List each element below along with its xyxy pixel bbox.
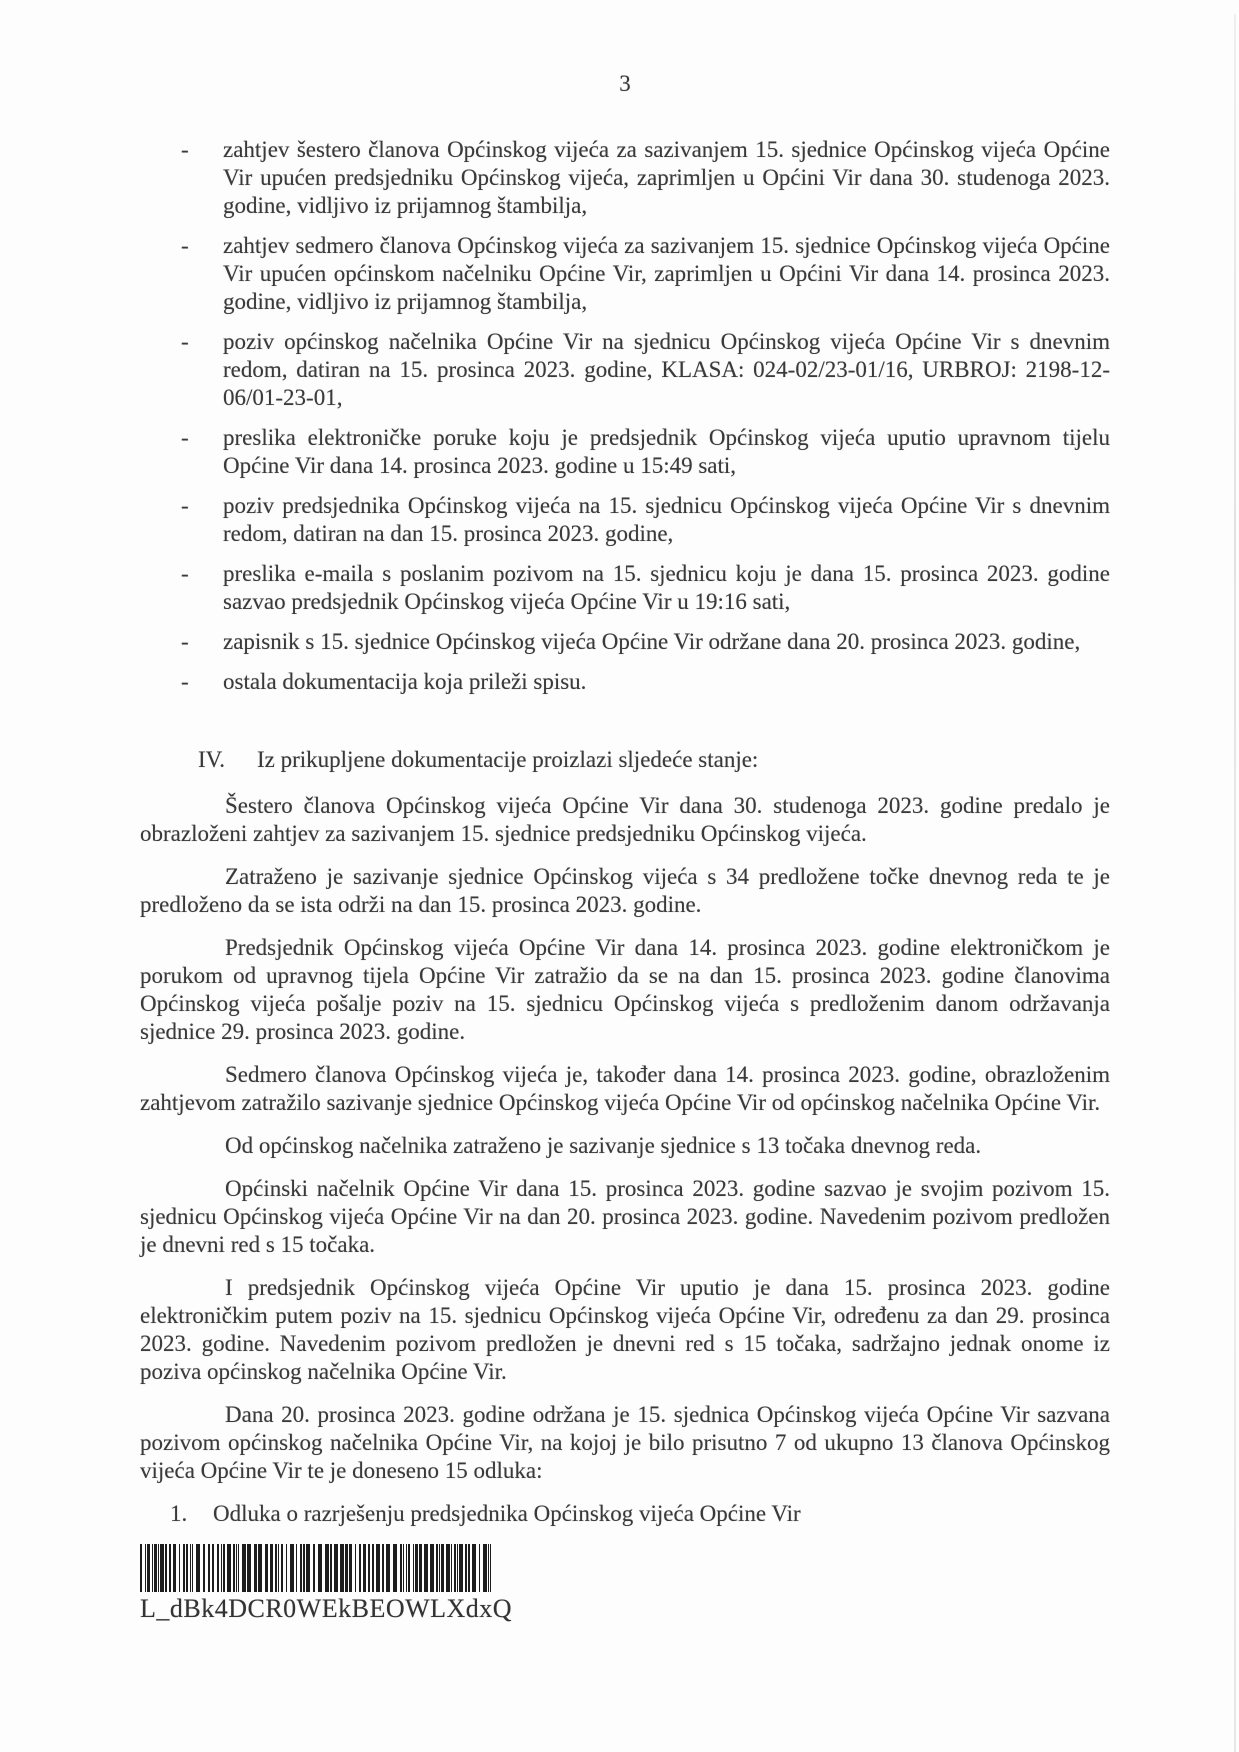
page-number: 3 <box>140 70 1110 98</box>
list-item: -poziv općinskog načelnika Općine Vir na… <box>140 328 1110 412</box>
paragraph: Zatraženo je sazivanje sjednice Općinsko… <box>140 863 1110 919</box>
bullet-dash: - <box>181 668 189 696</box>
list-item: -poziv predsjednika Općinskog vijeća na … <box>140 492 1110 548</box>
scan-artifact-line <box>1234 14 1236 1752</box>
document-page: 3 -zahtjev šestero članova Općinskog vij… <box>0 0 1239 1752</box>
list-item: -ostala dokumentacija koja prileži spisu… <box>140 668 1110 696</box>
section-title: Iz prikupljene dokumentacije proizlazi s… <box>257 747 758 772</box>
decision-number: 1. <box>170 1500 187 1528</box>
bullet-dash: - <box>181 424 189 452</box>
bullet-dash: - <box>181 136 189 164</box>
paragraph: Dana 20. prosinca 2023. godine održana j… <box>140 1401 1110 1485</box>
list-item-text: poziv općinskog načelnika Općine Vir na … <box>223 329 1110 410</box>
list-item: -zahtjev šestero članova Općinskog vijeć… <box>140 136 1110 220</box>
paragraph: Sedmero članova Općinskog vijeća je, tak… <box>140 1061 1110 1117</box>
bullet-dash: - <box>181 328 189 356</box>
barcode-block: L_dBk4DCR0WEkBEOWLXdxQ <box>140 1544 1110 1623</box>
barcode-label: L_dBk4DCR0WEkBEOWLXdxQ <box>140 1595 1110 1623</box>
list-item-text: ostala dokumentacija koja prileži spisu. <box>223 669 586 694</box>
decision-item: 1.Odluka o razrješenju predsjednika Opći… <box>140 1500 1110 1528</box>
list-item-text: zahtjev šestero članova Općinskog vijeća… <box>223 137 1110 218</box>
section-numeral: IV. <box>198 746 257 774</box>
paragraph: Općinski načelnik Općine Vir dana 15. pr… <box>140 1175 1110 1259</box>
list-item-text: preslika e-maila s poslanim pozivom na 1… <box>223 561 1110 614</box>
bullet-dash: - <box>181 232 189 260</box>
list-item: -preslika elektroničke poruke koju je pr… <box>140 424 1110 480</box>
list-item: -preslika e-maila s poslanim pozivom na … <box>140 560 1110 616</box>
list-item: -zapisnik s 15. sjednice Općinskog vijeć… <box>140 628 1110 656</box>
barcode-image <box>140 1544 492 1592</box>
list-item-text: poziv predsjednika Općinskog vijeća na 1… <box>223 493 1110 546</box>
paragraph: Šestero članova Općinskog vijeća Općine … <box>140 792 1110 848</box>
paragraph: Od općinskog načelnika zatraženo je sazi… <box>140 1132 1110 1160</box>
decision-text: Odluka o razrješenju predsjednika Općins… <box>213 1501 801 1526</box>
list-item: -zahtjev sedmero članova Općinskog vijeć… <box>140 232 1110 316</box>
evidence-list: -zahtjev šestero članova Općinskog vijeć… <box>140 136 1110 696</box>
document-content: 3 -zahtjev šestero članova Općinskog vij… <box>140 70 1110 1623</box>
bullet-dash: - <box>181 560 189 588</box>
list-item-text: preslika elektroničke poruke koju je pre… <box>223 425 1110 478</box>
paragraph: Predsjednik Općinskog vijeća Općine Vir … <box>140 934 1110 1046</box>
list-item-text: zapisnik s 15. sjednice Općinskog vijeća… <box>223 629 1080 654</box>
paragraph: I predsjednik Općinskog vijeća Općine Vi… <box>140 1274 1110 1386</box>
section-heading: IV.Iz prikupljene dokumentacije proizlaz… <box>140 746 1110 774</box>
bullet-dash: - <box>181 628 189 656</box>
bullet-dash: - <box>181 492 189 520</box>
list-item-text: zahtjev sedmero članova Općinskog vijeća… <box>223 233 1110 314</box>
